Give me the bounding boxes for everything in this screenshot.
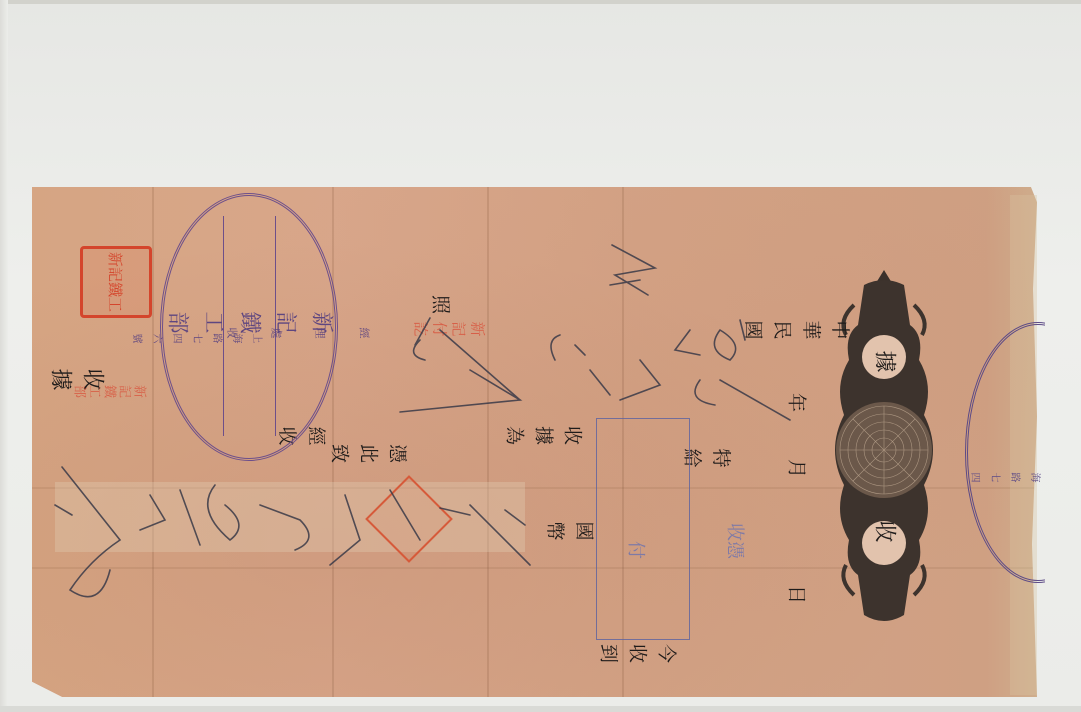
scan-edge-top xyxy=(0,0,1081,4)
printed-nian: 年 xyxy=(783,386,802,415)
ornament-char-ju: 據 xyxy=(870,343,892,375)
stamp-subtitle: 經 理 處 收 xyxy=(288,256,299,409)
seal-red-small-left: 新記鐵工部 xyxy=(103,352,116,427)
seal-red-square: 新記鐵工 xyxy=(80,246,152,318)
stamp-blue-rect: 憑 付 收 xyxy=(596,418,690,640)
fold-line xyxy=(487,187,489,697)
printed-shou-ju: 收據 xyxy=(62,345,84,409)
fold-line xyxy=(152,187,154,697)
printed-ping-ci-zhi: 憑此致 xyxy=(355,408,374,495)
scan-edge-bottom xyxy=(0,706,1081,712)
seal-red-small-mid: 新記付訖 xyxy=(440,290,455,366)
stamp-address: 上海路七四六號 xyxy=(188,266,198,406)
scan-edge-left xyxy=(0,0,8,712)
ornament-char-shou: 收 xyxy=(870,513,892,545)
printed-ri: 日 xyxy=(783,578,802,607)
printed-zhonghuaminguo: 中華民國 xyxy=(783,270,802,386)
printed-yue: 月 xyxy=(783,452,802,481)
stamp-right-address: 上海路七四六號 xyxy=(986,405,996,545)
stamp-blue-text: 憑 付 收 xyxy=(627,439,663,639)
printed-te-gei: 特給 xyxy=(693,427,712,485)
printed-shou-ju-wei: 收據為 xyxy=(530,390,549,477)
stamp-firm-name: 新記鐵工部 xyxy=(233,230,255,410)
tape-strip xyxy=(55,482,525,552)
stamp-oval-firm: 新記鐵工部 經 理 處 收 上海路七四六號 xyxy=(160,193,338,461)
